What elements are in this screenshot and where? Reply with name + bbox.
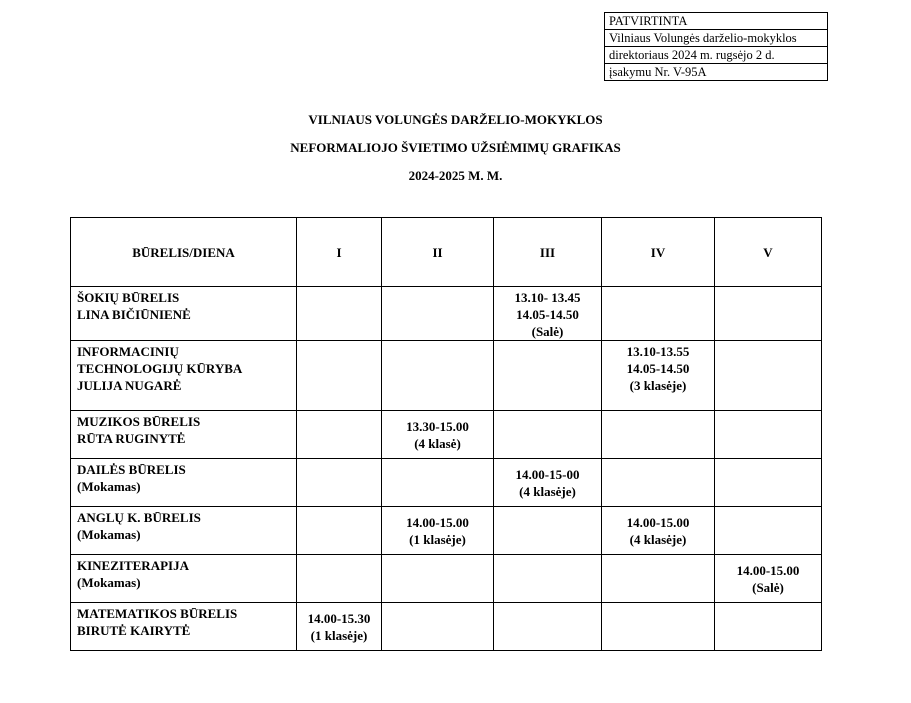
club-name-cell: DAILĖS BŪRELIS(Mokamas) (71, 459, 297, 507)
time-slot-cell (382, 555, 494, 603)
header-row: BŪRELIS/DIENAIIIIIIIVV (71, 218, 822, 287)
time-slot-cell (382, 603, 494, 651)
time-slot-cell (715, 603, 822, 651)
header-day: IV (602, 218, 715, 287)
time-slot-cell (715, 341, 822, 411)
club-name-cell: KINEZITERAPIJA(Mokamas) (71, 555, 297, 603)
time-slot-line: (1 klasėje) (382, 531, 493, 548)
time-slot-cell: 14.00-15.00(Salė) (715, 555, 822, 603)
table-row: KINEZITERAPIJA(Mokamas)14.00-15.00(Salė) (71, 555, 822, 603)
header-day: I (297, 218, 382, 287)
time-slot-cell (297, 411, 382, 459)
header-day: V (715, 218, 822, 287)
time-slot-cell (382, 287, 494, 341)
table-row: INFORMACINIŲTECHNOLOGIJŲ KŪRYBAJULIJA NU… (71, 341, 822, 411)
time-slot-cell: 14.00-15.00(4 klasėje) (602, 507, 715, 555)
time-slot-cell (297, 459, 382, 507)
approval-line: Vilniaus Volungės darželio-mokyklos (605, 30, 828, 47)
club-name-line: DAILĖS BŪRELIS (77, 461, 296, 478)
title-school-year: 2024-2025 M. M. (0, 166, 911, 194)
time-slot-cell: 13.10-13.5514.05-14.50(3 klasėje) (602, 341, 715, 411)
club-name-line: TECHNOLOGIJŲ KŪRYBA (77, 360, 296, 377)
time-slot-cell: 14.00-15.30(1 klasėje) (297, 603, 382, 651)
time-slot-cell (602, 555, 715, 603)
club-name-line: KINEZITERAPIJA (77, 557, 296, 574)
time-slot-line: (Salė) (715, 579, 821, 596)
club-name-cell: ANGLŲ K. BŪRELIS(Mokamas) (71, 507, 297, 555)
table-row: ŠOKIŲ BŪRELISLINA BIČIŪNIENĖ13.10- 13.45… (71, 287, 822, 341)
approval-line: įsakymu Nr. V-95A (605, 64, 828, 81)
club-name-cell: ŠOKIŲ BŪRELISLINA BIČIŪNIENĖ (71, 287, 297, 341)
time-slot-cell (382, 459, 494, 507)
table-row: MATEMATIKOS BŪRELISBIRUTĖ KAIRYTĖ14.00-1… (71, 603, 822, 651)
time-slot-cell (715, 411, 822, 459)
club-name-line: (Mokamas) (77, 526, 296, 543)
time-slot-cell (297, 555, 382, 603)
schedule-body: ŠOKIŲ BŪRELISLINA BIČIŪNIENĖ13.10- 13.45… (71, 287, 822, 651)
time-slot-cell (297, 507, 382, 555)
title-schedule: NEFORMALIOJO ŠVIETIMO UŽSIĖMIMŲ GRAFIKAS (0, 138, 911, 166)
time-slot-line: (3 klasėje) (602, 377, 714, 394)
club-name-line: MATEMATIKOS BŪRELIS (77, 605, 296, 622)
approval-stamp: PATVIRTINTA Vilniaus Volungės darželio-m… (604, 12, 828, 81)
time-slot-line: 14.05-14.50 (494, 306, 601, 323)
time-slot-cell: 13.10- 13.4514.05-14.50(Salė) (494, 287, 602, 341)
time-slot-line: 14.00-15.00 (602, 514, 714, 531)
time-slot-line: 14.00-15.30 (297, 610, 381, 627)
time-slot-line: 14.00-15-00 (494, 466, 601, 483)
club-name-line: RŪTA RUGINYTĖ (77, 430, 296, 447)
time-slot-cell: 14.00-15.00(1 klasėje) (382, 507, 494, 555)
club-name-line: INFORMACINIŲ (77, 343, 296, 360)
approval-line: direktoriaus 2024 m. rugsėjo 2 d. (605, 47, 828, 64)
time-slot-cell (297, 341, 382, 411)
time-slot-cell: 13.30-15.00(4 klasė) (382, 411, 494, 459)
time-slot-cell (494, 603, 602, 651)
club-name-line: (Mokamas) (77, 574, 296, 591)
time-slot-cell (297, 287, 382, 341)
table-row: DAILĖS BŪRELIS(Mokamas)14.00-15-00(4 kla… (71, 459, 822, 507)
header-club-day: BŪRELIS/DIENA (71, 218, 297, 287)
table-row: MUZIKOS BŪRELISRŪTA RUGINYTĖ13.30-15.00(… (71, 411, 822, 459)
approval-line: PATVIRTINTA (605, 13, 828, 30)
time-slot-line: (4 klasėje) (494, 483, 601, 500)
club-name-line: JULIJA NUGARĖ (77, 377, 296, 394)
time-slot-line: (4 klasėje) (602, 531, 714, 548)
time-slot-cell: 14.00-15-00(4 klasėje) (494, 459, 602, 507)
time-slot-line: (4 klasė) (382, 435, 493, 452)
time-slot-line: 14.00-15.00 (715, 562, 821, 579)
schedule-table: BŪRELIS/DIENAIIIIIIIVV ŠOKIŲ BŪRELISLINA… (70, 217, 822, 651)
club-name-line: LINA BIČIŪNIENĖ (77, 306, 296, 323)
time-slot-cell (494, 411, 602, 459)
time-slot-line: 13.30-15.00 (382, 418, 493, 435)
club-name-line: BIRUTĖ KAIRYTĖ (77, 622, 296, 639)
club-name-cell: INFORMACINIŲTECHNOLOGIJŲ KŪRYBAJULIJA NU… (71, 341, 297, 411)
header-day: III (494, 218, 602, 287)
time-slot-line: 13.10-13.55 (602, 343, 714, 360)
time-slot-cell (715, 287, 822, 341)
club-name-line: MUZIKOS BŪRELIS (77, 413, 296, 430)
time-slot-cell (494, 507, 602, 555)
club-name-cell: MATEMATIKOS BŪRELISBIRUTĖ KAIRYTĖ (71, 603, 297, 651)
time-slot-cell (494, 341, 602, 411)
time-slot-cell (715, 459, 822, 507)
title-institution: VILNIAUS VOLUNGĖS DARŽELIO-MOKYKLOS (0, 110, 911, 138)
club-name-line: ŠOKIŲ BŪRELIS (77, 289, 296, 306)
time-slot-cell (715, 507, 822, 555)
club-name-line: ANGLŲ K. BŪRELIS (77, 509, 296, 526)
header-day: II (382, 218, 494, 287)
time-slot-cell (602, 603, 715, 651)
time-slot-line: 14.05-14.50 (602, 360, 714, 377)
time-slot-cell (602, 411, 715, 459)
time-slot-line: 14.00-15.00 (382, 514, 493, 531)
table-row: ANGLŲ K. BŪRELIS(Mokamas)14.00-15.00(1 k… (71, 507, 822, 555)
time-slot-line: (1 klasėje) (297, 627, 381, 644)
time-slot-cell (602, 459, 715, 507)
document-title: VILNIAUS VOLUNGĖS DARŽELIO-MOKYKLOS NEFO… (0, 110, 911, 194)
time-slot-line: (Salė) (494, 323, 601, 340)
time-slot-line: 13.10- 13.45 (494, 289, 601, 306)
club-name-cell: MUZIKOS BŪRELISRŪTA RUGINYTĖ (71, 411, 297, 459)
club-name-line: (Mokamas) (77, 478, 296, 495)
time-slot-cell (602, 287, 715, 341)
time-slot-cell (494, 555, 602, 603)
time-slot-cell (382, 341, 494, 411)
